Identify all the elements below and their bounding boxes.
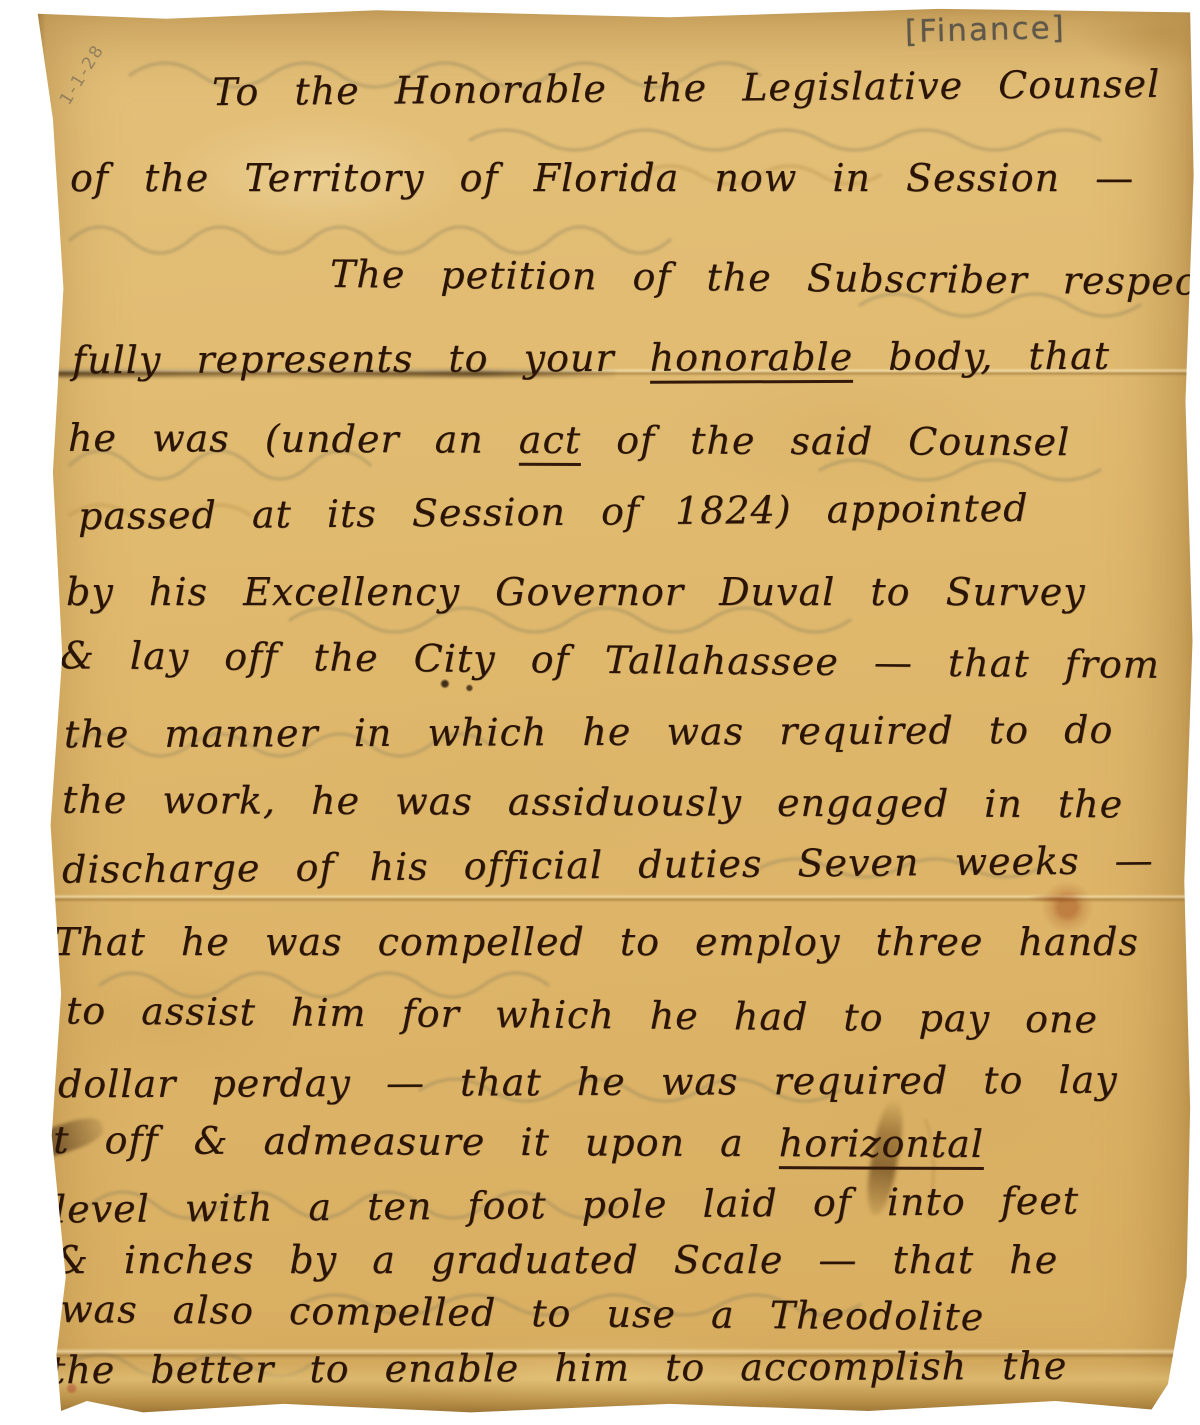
line-segment: was also compelled to use a Theodolite: [60, 1287, 985, 1339]
line-segment: to assist him for which he had to pay on…: [66, 988, 1098, 1041]
manuscript-line: it off & admeasure it upon a horizontal: [40, 1118, 984, 1166]
manuscript-line: was also compelled to use a Theodolite: [60, 1287, 985, 1339]
manuscript-line: to assist him for which he had to pay on…: [66, 988, 1098, 1041]
manuscript-line: he was (under an act of the said Counsel: [68, 416, 1070, 464]
manuscript-line: That he was compelled to employ three ha…: [54, 920, 1139, 964]
line-segment: he was (under an: [68, 416, 519, 462]
manuscript-line: & inches by a graduated Scale — that he: [54, 1238, 1058, 1282]
scan-background: 1-1-28 [Finance] To the Honorable the Le…: [0, 0, 1200, 1425]
manuscript-line: the manner in which he was required to d…: [64, 708, 1113, 757]
line-segment: fully represents to your: [72, 336, 650, 383]
manuscript-line: passed at its Session of 1824) appointed: [78, 486, 1029, 538]
line-segment: To the Honorable the Legislative Counsel: [212, 62, 1161, 114]
line-segment: & lay off the City of Tallahassee — that…: [60, 633, 1160, 687]
line-segment: of the said Counsel: [581, 418, 1070, 464]
line-segment: it off & admeasure it upon a: [40, 1118, 779, 1165]
line-segment: The petition of the Subscriber respect—: [330, 252, 1200, 304]
line-segment: & inches by a graduated Scale — that he: [54, 1238, 1058, 1282]
line-segment: the manner in which he was required to d…: [64, 708, 1113, 757]
manuscript-line: dollar perday — that he was required to …: [58, 1058, 1118, 1107]
line-segment: dollar perday — that he was required to …: [58, 1058, 1118, 1107]
manuscript-text: To the Honorable the Legislative Counsel…: [0, 0, 1200, 1425]
line-segment: the work, he was assiduously engaged in …: [62, 778, 1123, 827]
manuscript-line: level with a ten foot pole laid of into …: [54, 1179, 1079, 1232]
manuscript-line: of the Territory of Florida now in Sessi…: [70, 156, 1134, 200]
underlined-word: act: [519, 418, 581, 466]
manuscript-line: The petition of the Subscriber respect—: [330, 252, 1200, 304]
manuscript-line: fully represents to your honorable body,…: [72, 334, 1110, 383]
manuscript-line: & lay off the City of Tallahassee — that…: [60, 633, 1160, 687]
line-segment: of the Territory of Florida now in Sessi…: [70, 156, 1134, 200]
manuscript-line: the work, he was assiduously engaged in …: [62, 778, 1123, 827]
underlined-word: horizontal: [779, 1121, 984, 1170]
line-segment: passed at its Session of 1824) appointed: [78, 486, 1029, 538]
manuscript-line: the better to enable him to accomplish t…: [50, 1344, 1067, 1392]
line-segment: That he was compelled to employ three ha…: [54, 920, 1139, 964]
line-segment: level with a ten foot pole laid of into …: [54, 1179, 1079, 1232]
line-segment: discharge of his official duties Seven w…: [62, 838, 1154, 892]
underlined-word: honorable: [650, 335, 854, 384]
paper-left-edge: [32, 6, 46, 1418]
manuscript-line: discharge of his official duties Seven w…: [62, 838, 1154, 892]
line-segment: by his Excellency Governor Duval to Surv…: [66, 570, 1086, 614]
line-segment: body, that: [853, 334, 1110, 379]
manuscript-line: To the Honorable the Legislative Counsel: [212, 62, 1161, 114]
manuscript-paper: 1-1-28 [Finance] To the Honorable the Le…: [26, 6, 1196, 1418]
manuscript-line: by his Excellency Governor Duval to Surv…: [66, 570, 1086, 614]
line-segment: the better to enable him to accomplish t…: [50, 1344, 1067, 1392]
